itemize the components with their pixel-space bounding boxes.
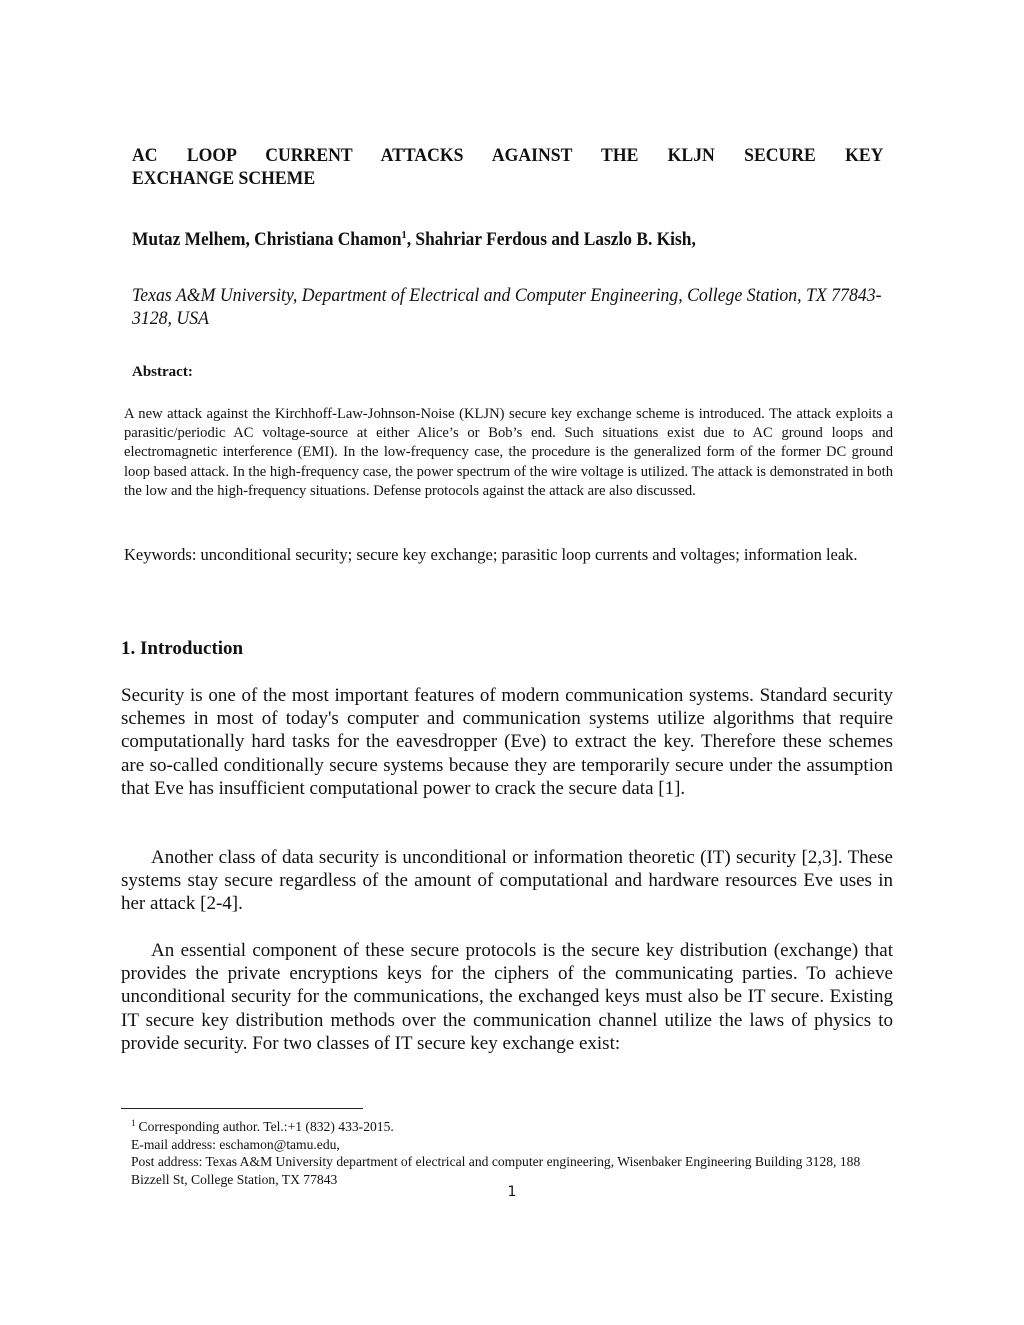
author-list: Mutaz Melhem, Christiana Chamon1, Shahri… [132,229,696,251]
paper-title: AC LOOP CURRENT ATTACKS AGAINST THE KLJN… [132,144,831,190]
footnote-email: E-mail address: eschamon@tamu.edu, [131,1136,891,1154]
paper-page: AC LOOP CURRENT ATTACKS AGAINST THE KLJN… [0,0,1024,1325]
title-line-1: AC LOOP CURRENT ATTACKS AGAINST THE KLJN… [132,144,883,167]
footnote-separator [121,1108,363,1109]
footnote-corresponding: Corresponding author. Tel.:+1 (832) 433-… [139,1119,394,1134]
footnote-mark: 1 [131,1118,136,1128]
authors-text: Mutaz Melhem, Christiana Chamon [132,230,402,250]
authors-text-rest: , Shahriar Ferdous and Laszlo B. Kish, [407,230,696,250]
footnote: 1Corresponding author. Tel.:+1 (832) 433… [131,1115,891,1188]
intro-paragraph-2: Another class of data security is uncond… [121,846,893,916]
footnote-line-1: 1Corresponding author. Tel.:+1 (832) 433… [131,1115,891,1136]
affiliation: Texas A&M University, Department of Elec… [132,284,889,330]
title-line-2: EXCHANGE SCHEME [132,167,831,190]
keywords: Keywords: unconditional security; secure… [124,544,893,566]
abstract-body: A new attack against the Kirchhoff-Law-J… [124,405,893,501]
section-heading-introduction: 1. Introduction [121,638,243,660]
intro-paragraph-1: Security is one of the most important fe… [121,684,893,800]
abstract-heading: Abstract: [132,364,193,381]
intro-paragraph-3: An essential component of these secure p… [121,939,893,1055]
page-number: 1 [0,1184,1024,1200]
